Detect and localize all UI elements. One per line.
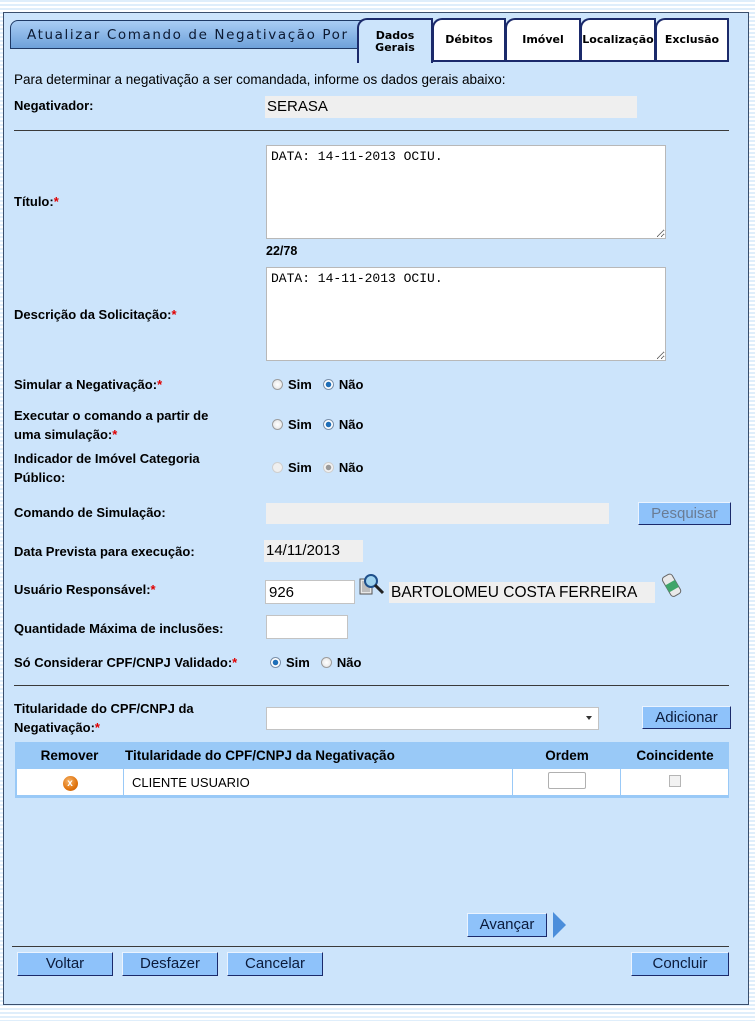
data-prevista-label: Data Prevista para execução: bbox=[14, 542, 195, 561]
pesquisar-button: Pesquisar bbox=[638, 502, 731, 525]
titularidade-select[interactable] bbox=[266, 707, 599, 730]
negativador-label: Negativador: bbox=[14, 96, 93, 115]
usuario-label: Usuário Responsável:* bbox=[14, 580, 156, 599]
intro-text: Para determinar a negativação a ser coma… bbox=[14, 72, 506, 87]
indicador-sim-radio bbox=[272, 462, 283, 473]
titulo-label: Título:* bbox=[14, 192, 59, 211]
next-arrow-icon[interactable] bbox=[553, 912, 566, 938]
voltar-button[interactable]: Voltar bbox=[17, 952, 113, 976]
executar-nao-radio[interactable] bbox=[323, 419, 334, 430]
descricao-label: Descrição da Solicitação:* bbox=[14, 305, 177, 324]
divider bbox=[14, 130, 729, 131]
tab-debitos[interactable]: Débitos bbox=[432, 18, 506, 60]
titularidade-table: Remover Titularidade do CPF/CNPJ da Nega… bbox=[15, 742, 729, 798]
tab-dados-gerais[interactable]: Dados Gerais bbox=[357, 18, 433, 63]
cpf-validado-radio-group: Sim Não bbox=[266, 655, 361, 670]
usuario-name-value: BARTOLOMEU COSTA FERREIRA bbox=[389, 582, 655, 603]
col-remover: Remover bbox=[15, 742, 124, 769]
executar-label: Executar o comando a partir deuma simula… bbox=[14, 406, 208, 444]
radio-label: Não bbox=[339, 417, 364, 432]
cpf-validado-label: Só Considerar CPF/CNPJ Validado:* bbox=[14, 653, 237, 672]
indicador-nao-radio bbox=[323, 462, 334, 473]
cpf-validado-sim-radio[interactable] bbox=[270, 657, 281, 668]
col-coincidente: Coincidente bbox=[621, 742, 729, 769]
chevron-down-icon bbox=[586, 716, 592, 720]
executar-sim-radio[interactable] bbox=[272, 419, 283, 430]
executar-radio-group: Sim Não bbox=[266, 417, 363, 432]
titulo-textarea[interactable]: DATA: 14-11-2013 OCIU. bbox=[266, 145, 666, 239]
comando-simulacao-label: Comando de Simulação: bbox=[14, 503, 166, 522]
comando-simulacao-field bbox=[266, 503, 609, 524]
radio-label: Não bbox=[339, 460, 364, 475]
radio-label: Sim bbox=[288, 460, 312, 475]
radio-label: Não bbox=[337, 655, 362, 670]
ordem-cell bbox=[513, 769, 621, 798]
titularidade-label: Titularidade do CPF/CNPJ daNegativação:* bbox=[14, 699, 194, 737]
tab-label: Débitos bbox=[445, 34, 493, 46]
eraser-icon[interactable] bbox=[660, 572, 684, 598]
col-titularidade: Titularidade do CPF/CNPJ da Negativação bbox=[124, 742, 513, 769]
concluir-button[interactable]: Concluir bbox=[631, 952, 729, 976]
simular-radio-group: Sim Não bbox=[266, 377, 363, 392]
avancar-button[interactable]: Avançar bbox=[467, 913, 547, 937]
search-icon[interactable] bbox=[359, 573, 387, 597]
tab-exclusao[interactable]: Exclusão bbox=[655, 18, 729, 60]
coincidente-checkbox[interactable] bbox=[669, 775, 681, 787]
tab-localizacao[interactable]: Localização bbox=[580, 18, 656, 60]
indicador-label: Indicador de Imóvel CategoriaPúblico: bbox=[14, 449, 200, 487]
cpf-validado-nao-radio[interactable] bbox=[321, 657, 332, 668]
simular-nao-radio[interactable] bbox=[323, 379, 334, 390]
tab-label: Exclusão bbox=[665, 34, 719, 46]
divider bbox=[14, 685, 729, 686]
coincidente-cell bbox=[621, 769, 729, 798]
tab-baseline bbox=[432, 60, 729, 62]
table-header-row: Remover Titularidade do CPF/CNPJ da Nega… bbox=[15, 742, 729, 769]
simular-sim-radio[interactable] bbox=[272, 379, 283, 390]
descricao-textarea[interactable]: DATA: 14-11-2013 OCIU. bbox=[266, 267, 666, 361]
titularidade-cell: CLIENTE USUARIO bbox=[124, 769, 513, 798]
titulo-char-counter: 22/78 bbox=[266, 242, 297, 261]
tab-label: Localização bbox=[582, 34, 653, 46]
page-title-tab: Atualizar Comando de Negativação Por bbox=[10, 20, 370, 49]
radio-label: Sim bbox=[286, 655, 310, 670]
radio-label: Sim bbox=[288, 377, 312, 392]
ordem-input[interactable] bbox=[548, 772, 586, 789]
remover-cell: x bbox=[15, 769, 124, 798]
table-row: x CLIENTE USUARIO bbox=[15, 769, 729, 798]
quantidade-label: Quantidade Máxima de inclusões: bbox=[14, 619, 224, 638]
divider bbox=[12, 946, 729, 947]
tab-imovel[interactable]: Imóvel bbox=[505, 18, 581, 60]
tab-label: Imóvel bbox=[522, 34, 564, 46]
radio-label: Sim bbox=[288, 417, 312, 432]
remove-icon[interactable]: x bbox=[63, 776, 78, 791]
tab-label: Dados Gerais bbox=[375, 30, 415, 54]
simular-label: Simular a Negativação:* bbox=[14, 375, 162, 394]
negativador-value: SERASA bbox=[265, 96, 637, 118]
data-prevista-value: 14/11/2013 bbox=[264, 540, 363, 562]
page-title: Atualizar Comando de Negativação Por bbox=[27, 27, 349, 43]
indicador-radio-group: Sim Não bbox=[266, 460, 363, 475]
radio-label: Não bbox=[339, 377, 364, 392]
usuario-code-input[interactable] bbox=[265, 580, 355, 604]
cancelar-button[interactable]: Cancelar bbox=[227, 952, 323, 976]
adicionar-button[interactable]: Adicionar bbox=[642, 706, 731, 729]
quantidade-input[interactable] bbox=[266, 615, 348, 639]
col-ordem: Ordem bbox=[513, 742, 621, 769]
desfazer-button[interactable]: Desfazer bbox=[122, 952, 218, 976]
